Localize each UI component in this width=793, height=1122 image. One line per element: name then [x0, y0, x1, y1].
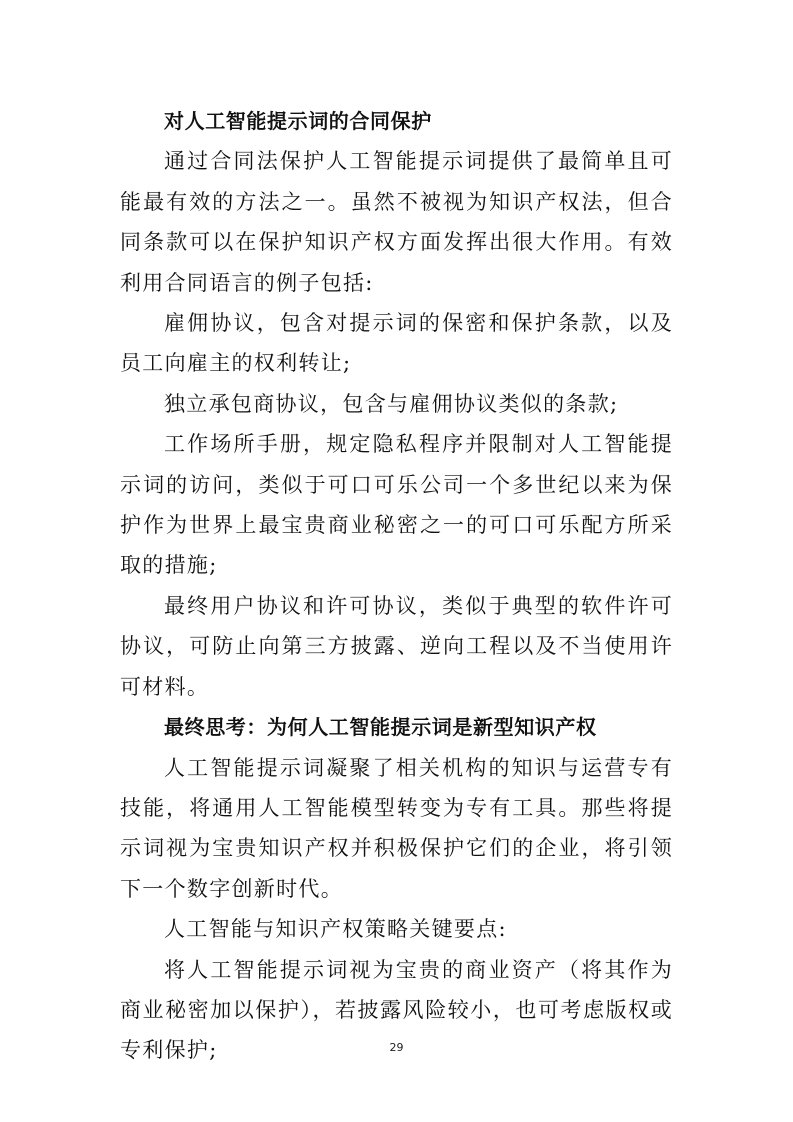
- list-item: 最终用户协议和许可协议，类似于典型的软件许可协议，可防止向第三方披露、逆向工程以…: [120, 586, 673, 707]
- paragraph: 通过合同法保护人工智能提示词提供了最简单且可能最有效的方法之一。虽然不被视为知识…: [120, 141, 673, 303]
- paragraph: 人工智能提示词凝聚了相关机构的知识与运营专有技能，将通用人工智能模型转变为专有工…: [120, 748, 673, 910]
- list-item: 雇佣协议，包含对提示词的保密和保护条款，以及员工向雇主的权利转让;: [120, 303, 673, 384]
- section-heading-final-thoughts: 最终思考：为何人工智能提示词是新型知识产权: [120, 707, 673, 747]
- document-page: 对人工智能提示词的合同保护 通过合同法保护人工智能提示词提供了最简单且可能最有效…: [120, 101, 673, 1071]
- list-item: 工作场所手册，规定隐私程序并限制对人工智能提示词的访问，类似于可口可乐公司一个多…: [120, 424, 673, 586]
- section-heading-contract-protection: 对人工智能提示词的合同保护: [120, 101, 673, 141]
- page-number: 29: [0, 1041, 793, 1054]
- list-item: 独立承包商协议，包含与雇佣协议类似的条款;: [120, 384, 673, 424]
- paragraph: 人工智能与知识产权策略关键要点:: [120, 909, 673, 949]
